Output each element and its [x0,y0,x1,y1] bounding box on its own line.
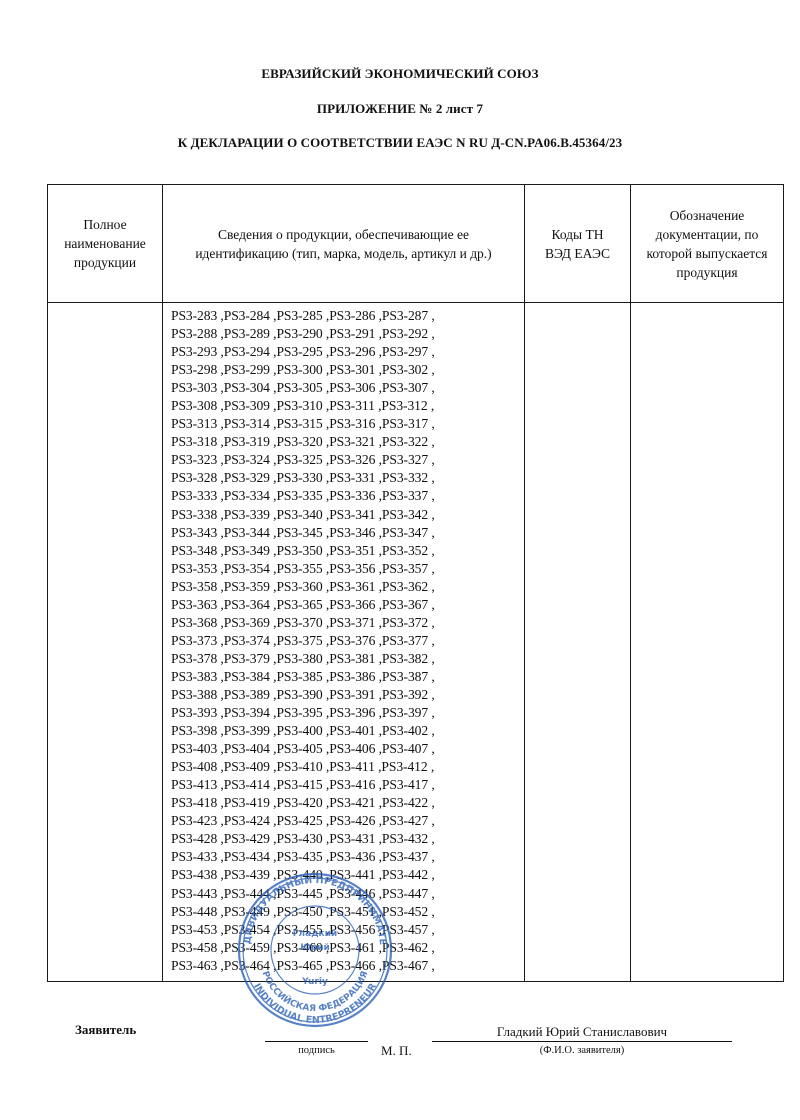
cell-product-name [48,303,163,982]
model-code-line: PS3-288 ,PS3-289 ,PS3-290 ,PS3-291 ,PS3-… [171,325,524,343]
model-code-line: PS3-308 ,PS3-309 ,PS3-310 ,PS3-311 ,PS3-… [171,397,524,415]
model-code-line: PS3-378 ,PS3-379 ,PS3-380 ,PS3-381 ,PS3-… [171,650,524,668]
column-header-text: Коды ТН ВЭД ЕАЭС [525,225,630,263]
model-code-line: PS3-333 ,PS3-334 ,PS3-335 ,PS3-336 ,PS3-… [171,487,524,505]
model-code-line: PS3-358 ,PS3-359 ,PS3-360 ,PS3-361 ,PS3-… [171,578,524,596]
model-code-line: PS3-393 ,PS3-394 ,PS3-395 ,PS3-396 ,PS3-… [171,704,524,722]
model-code-line: PS3-313 ,PS3-314 ,PS3-315 ,PS3-316 ,PS3-… [171,415,524,433]
model-code-line: PS3-353 ,PS3-354 ,PS3-355 ,PS3-356 ,PS3-… [171,560,524,578]
declaration-title: К ДЕКЛАРАЦИИ О СООТВЕТСТВИИ ЕАЭС N RU Д-… [0,135,800,151]
signature-line [265,1041,368,1042]
table-header-row: Полное наименование продукции Сведения о… [48,185,784,303]
model-code-line: PS3-368 ,PS3-369 ,PS3-370 ,PS3-371 ,PS3-… [171,614,524,632]
table-row: PS3-283 ,PS3-284 ,PS3-285 ,PS3-286 ,PS3-… [48,303,784,982]
name-caption: (Ф.И.О. заявителя) [432,1045,732,1056]
model-code-line: PS3-388 ,PS3-389 ,PS3-390 ,PS3-391 ,PS3-… [171,686,524,704]
model-code-list: PS3-283 ,PS3-284 ,PS3-285 ,PS3-286 ,PS3-… [163,303,524,975]
column-header-text: Сведения о продукции, обеспечивающие ее … [163,225,524,263]
name-line [432,1041,732,1042]
column-header-documentation: Обозначение документации, по которой вып… [631,185,784,303]
model-code-line: PS3-438 ,PS3-439 ,PS3-440 ,PS3-441 ,PS3-… [171,866,524,884]
model-code-line: PS3-373 ,PS3-374 ,PS3-375 ,PS3-376 ,PS3-… [171,632,524,650]
cell-documentation [631,303,784,982]
model-code-line: PS3-413 ,PS3-414 ,PS3-415 ,PS3-416 ,PS3-… [171,776,524,794]
column-header-text: Полное наименование продукции [48,215,162,272]
model-code-line: PS3-348 ,PS3-349 ,PS3-350 ,PS3-351 ,PS3-… [171,542,524,560]
model-code-line: PS3-403 ,PS3-404 ,PS3-405 ,PS3-406 ,PS3-… [171,740,524,758]
model-code-line: PS3-283 ,PS3-284 ,PS3-285 ,PS3-286 ,PS3-… [171,307,524,325]
model-code-line: PS3-458 ,PS3-459 ,PS3-460 ,PS3-461 ,PS3-… [171,939,524,957]
model-code-line: PS3-428 ,PS3-429 ,PS3-430 ,PS3-431 ,PS3-… [171,830,524,848]
union-title: ЕВРАЗИЙСКИЙ ЭКОНОМИЧЕСКИЙ СОЮЗ [0,66,800,82]
model-code-line: PS3-323 ,PS3-324 ,PS3-325 ,PS3-326 ,PS3-… [171,451,524,469]
model-code-line: PS3-293 ,PS3-294 ,PS3-295 ,PS3-296 ,PS3-… [171,343,524,361]
applicant-name: Гладкий Юрий Станиславович [432,1024,732,1040]
cell-hs-codes [525,303,631,982]
model-code-line: PS3-453 ,PS3-454 ,PS3-455 ,PS3-456 ,PS3-… [171,921,524,939]
model-code-line: PS3-363 ,PS3-364 ,PS3-365 ,PS3-366 ,PS3-… [171,596,524,614]
model-code-line: PS3-398 ,PS3-399 ,PS3-400 ,PS3-401 ,PS3-… [171,722,524,740]
model-code-line: PS3-433 ,PS3-434 ,PS3-435 ,PS3-436 ,PS3-… [171,848,524,866]
column-header-hs-codes: Коды ТН ВЭД ЕАЭС [525,185,631,303]
model-code-line: PS3-418 ,PS3-419 ,PS3-420 ,PS3-421 ,PS3-… [171,794,524,812]
model-code-line: PS3-443 ,PS3-444 ,PS3-445 ,PS3-446 ,PS3-… [171,885,524,903]
model-code-line: PS3-383 ,PS3-384 ,PS3-385 ,PS3-386 ,PS3-… [171,668,524,686]
cell-model-list: PS3-283 ,PS3-284 ,PS3-285 ,PS3-286 ,PS3-… [163,303,525,982]
model-code-line: PS3-463 ,PS3-464 ,PS3-465 ,PS3-466 ,PS3-… [171,957,524,975]
signature-caption: подпись [265,1045,368,1056]
model-code-line: PS3-343 ,PS3-344 ,PS3-345 ,PS3-346 ,PS3-… [171,524,524,542]
model-code-line: PS3-423 ,PS3-424 ,PS3-425 ,PS3-426 ,PS3-… [171,812,524,830]
model-code-line: PS3-318 ,PS3-319 ,PS3-320 ,PS3-321 ,PS3-… [171,433,524,451]
model-code-line: PS3-338 ,PS3-339 ,PS3-340 ,PS3-341 ,PS3-… [171,506,524,524]
model-code-line: PS3-408 ,PS3-409 ,PS3-410 ,PS3-411 ,PS3-… [171,758,524,776]
model-code-line: PS3-448 ,PS3-449 ,PS3-450 ,PS3-451 ,PS3-… [171,903,524,921]
svg-text:INDIVIDUAL ENTREPRENEUR: INDIVIDUAL ENTREPRENEUR [251,981,379,1026]
products-table: Полное наименование продукции Сведения о… [47,184,784,982]
seal-label: М. П. [381,1043,412,1059]
model-code-line: PS3-328 ,PS3-329 ,PS3-330 ,PS3-331 ,PS3-… [171,469,524,487]
column-header-text: Обозначение документации, по которой вып… [631,206,783,282]
model-code-line: PS3-298 ,PS3-299 ,PS3-300 ,PS3-301 ,PS3-… [171,361,524,379]
column-header-identification: Сведения о продукции, обеспечивающие ее … [163,185,525,303]
column-header-product-name: Полное наименование продукции [48,185,163,303]
model-code-line: PS3-303 ,PS3-304 ,PS3-305 ,PS3-306 ,PS3-… [171,379,524,397]
applicant-label: Заявитель [75,1022,136,1038]
appendix-title: ПРИЛОЖЕНИЕ № 2 лист 7 [0,101,800,117]
